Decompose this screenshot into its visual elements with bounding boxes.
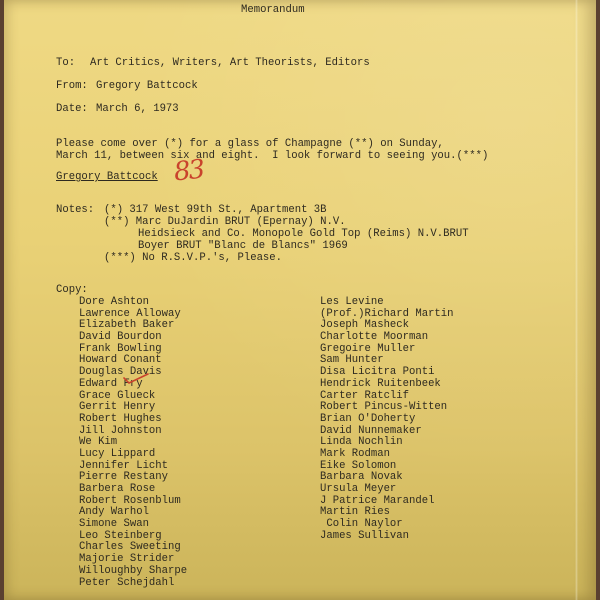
copy-recipient: Peter Schejdahl xyxy=(79,578,187,590)
date-value: March 6, 1973 xyxy=(96,104,179,115)
body-line-2: March 11, between six and eight. I look … xyxy=(56,151,488,162)
notes-label: Notes: xyxy=(56,205,94,216)
copy-recipient: Barbera Rose xyxy=(79,484,187,496)
copy-list-right: Les Levine(Prof.)Richard MartinJoseph Ma… xyxy=(320,297,454,542)
date-label: Date: xyxy=(56,104,88,115)
copy-recipient: Lucy Lippard xyxy=(79,449,187,461)
notes-line-3: Heidsieck and Co. Monopole Gold Top (Rei… xyxy=(138,229,469,240)
copy-label: Copy: xyxy=(56,285,88,296)
copy-recipient: Willoughby Sharpe xyxy=(79,566,187,578)
notes-line-5: (***) No R.S.V.P.'s, Please. xyxy=(104,253,282,264)
copy-recipient: James Sullivan xyxy=(320,531,454,543)
checkmark-icon xyxy=(122,372,150,386)
notes-line-2: (**) Marc DuJardin BRUT (Epernay) N.V. xyxy=(104,217,346,228)
copy-recipient: Charlotte Moorman xyxy=(320,332,454,344)
to-label: To: xyxy=(56,58,75,69)
copy-recipient: Hendrick Ruitenbeek xyxy=(320,379,454,391)
copy-recipient: Mark Rodman xyxy=(320,449,454,461)
copy-recipient: Simone Swan xyxy=(79,519,187,531)
from-value: Gregory Battcock xyxy=(96,81,198,92)
to-value: Art Critics, Writers, Art Theorists, Edi… xyxy=(90,58,370,69)
body-line-1: Please come over (*) for a glass of Cham… xyxy=(56,139,444,150)
copy-recipient: Ursula Meyer xyxy=(320,484,454,496)
notes-line-1: (*) 317 West 99th St., Apartment 3B xyxy=(104,205,327,216)
notes-line-4: Boyer BRUT "Blanc de Blancs" 1969 xyxy=(138,241,348,252)
copy-recipient: Les Levine xyxy=(320,297,454,309)
memo-title: Memorandum xyxy=(241,5,305,16)
signature: Gregory Battcock xyxy=(56,172,158,183)
copy-list-left: Dore AshtonLawrence AllowayElizabeth Bak… xyxy=(79,297,187,589)
handwritten-mark: 83 xyxy=(173,157,205,186)
copy-recipient: Colin Naylor xyxy=(320,519,454,531)
from-label: From: xyxy=(56,81,88,92)
copy-recipient: Dore Ashton xyxy=(79,297,187,309)
memo-paper: Memorandum To: Art Critics, Writers, Art… xyxy=(4,0,596,600)
copy-recipient: David Bourdon xyxy=(79,332,187,344)
copy-recipient: Brian O'Doherty xyxy=(320,414,454,426)
paper-crease xyxy=(575,0,578,600)
copy-recipient: Robert Hughes xyxy=(79,414,187,426)
